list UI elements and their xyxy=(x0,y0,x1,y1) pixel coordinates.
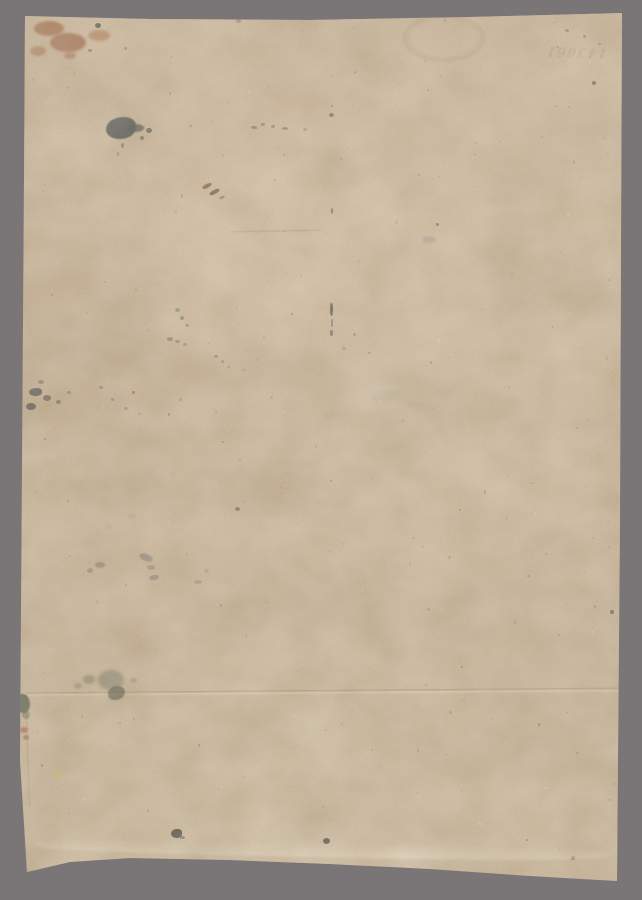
paper-fiber-speck xyxy=(503,84,504,85)
rust-stain-e xyxy=(64,52,76,59)
paper-fiber-speck xyxy=(484,490,486,494)
yellow-speck xyxy=(56,771,61,776)
paper-fiber-speck xyxy=(127,169,128,170)
rust-stain-d xyxy=(88,30,110,41)
paper-fiber-speck xyxy=(585,485,587,487)
paper-fiber-speck xyxy=(153,771,155,773)
paper-fiber-speck xyxy=(79,293,81,295)
paper-fiber-speck xyxy=(445,441,446,443)
paper-fiber-speck xyxy=(170,56,171,57)
paper-light-fleck xyxy=(362,590,364,592)
smudge-low-i xyxy=(106,525,112,529)
rust-stain-b xyxy=(50,33,86,52)
paper-fiber-speck xyxy=(514,621,516,624)
paper-fiber-speck xyxy=(444,19,446,22)
paper-light-fleck xyxy=(204,40,207,43)
dark-speck-b xyxy=(436,223,439,226)
smudge-low-e xyxy=(149,574,160,581)
paper-light-fleck xyxy=(59,65,60,66)
paper-fiber-speck xyxy=(607,521,609,523)
paper-fiber-speck xyxy=(181,194,183,197)
paper-fiber-speck xyxy=(97,165,99,166)
smudge-low-c xyxy=(138,552,154,563)
paper-light-fleck xyxy=(437,339,439,341)
paper-fiber-speck xyxy=(427,608,429,610)
red-fleck xyxy=(132,391,135,394)
paper-fiber-speck xyxy=(104,281,105,283)
edge-moss-stain xyxy=(17,694,30,713)
paper-fiber-speck xyxy=(458,98,459,99)
paper-light-fleck xyxy=(307,146,308,147)
paper-fiber-speck xyxy=(293,529,294,530)
paper-fiber-speck xyxy=(227,101,229,103)
paper-fiber-speck xyxy=(499,141,501,143)
paper-fiber-speck xyxy=(256,128,258,131)
paper-fiber-speck xyxy=(584,571,586,573)
paper-fiber-speck xyxy=(256,358,258,361)
paper-fiber-speck xyxy=(541,136,543,138)
paper-fiber-speck xyxy=(582,551,583,552)
accession-inscription: 143661 xyxy=(538,39,614,63)
paper-fiber-speck xyxy=(168,826,169,827)
blue-dots-row-c xyxy=(271,125,275,128)
paper-fiber-speck xyxy=(463,138,465,139)
paper-fiber-speck xyxy=(291,313,292,315)
paper-fiber-speck xyxy=(81,715,83,717)
paper-fiber-speck xyxy=(273,826,275,827)
fold-stain-c xyxy=(83,675,95,684)
paper-fiber-speck xyxy=(42,852,43,854)
ink-blot-sat-a xyxy=(146,128,152,133)
paper-light-fleck xyxy=(54,457,56,459)
paper-fiber-speck xyxy=(530,482,532,484)
center-speck xyxy=(353,333,356,336)
paper-light-fleck xyxy=(295,528,297,530)
brown-slash-c xyxy=(219,195,226,200)
smudge-low-f xyxy=(194,580,202,584)
smudge-low-g xyxy=(204,569,209,573)
paper-fiber-speck xyxy=(207,262,209,263)
dark-speck-topleft-b xyxy=(88,49,92,52)
paper-fiber-speck xyxy=(454,352,455,353)
blue-fleck-d xyxy=(138,413,141,415)
paper-light-fleck xyxy=(397,45,399,47)
paper-light-fleck xyxy=(397,450,399,452)
paper-fiber-speck xyxy=(395,221,397,223)
paper-light-fleck xyxy=(56,260,59,263)
paper-fiber-speck xyxy=(330,480,332,483)
paper-fiber-speck xyxy=(96,600,98,604)
paper-light-fleck xyxy=(83,798,85,800)
paper-fiber-speck xyxy=(438,176,440,178)
center-speck-b xyxy=(342,347,346,350)
paper-fiber-speck xyxy=(197,606,198,607)
paper-fiber-speck xyxy=(243,776,244,778)
ghost-smudge-a xyxy=(369,387,401,406)
paper-light-fleck xyxy=(144,545,145,546)
paper-fiber-speck xyxy=(136,635,137,636)
paper-light-fleck xyxy=(36,669,38,671)
paper-fiber-speck xyxy=(149,367,150,369)
paper-fiber-speck xyxy=(147,329,149,331)
paper-fiber-speck xyxy=(398,84,400,85)
paper-fiber-speck xyxy=(263,336,265,337)
paper-fiber-speck xyxy=(186,553,188,554)
teal-dot-small-c xyxy=(227,366,230,368)
blue-dots-row-e xyxy=(303,128,307,131)
paper-fiber-speck xyxy=(412,537,415,539)
paper-fiber-speck xyxy=(280,486,282,488)
paper-fiber-speck xyxy=(44,346,46,347)
paper-fiber-speck xyxy=(461,667,462,668)
ink-blot-drip xyxy=(121,143,124,148)
edge-ink-e xyxy=(67,391,71,394)
paper-light-fleck xyxy=(524,351,526,353)
paper-fiber-speck xyxy=(448,556,450,559)
ink-blot-drip-b xyxy=(117,152,119,156)
paper-fiber-speck xyxy=(533,295,534,297)
paper-fiber-speck xyxy=(424,61,426,62)
paper-fiber-speck xyxy=(85,195,86,196)
paper-fiber-speck xyxy=(53,427,55,429)
paper-light-fleck xyxy=(131,596,133,598)
paper-light-fleck xyxy=(151,653,153,655)
paper-fiber-speck xyxy=(86,312,88,314)
paper-light-fleck xyxy=(283,179,285,181)
edge-ink-c xyxy=(26,403,36,410)
teal-dot-diag-a xyxy=(175,308,180,312)
center-dash-c xyxy=(330,330,333,336)
paper-fiber-speck xyxy=(220,604,222,607)
paper-fiber-speck xyxy=(417,749,419,751)
edge-moss-stain-b xyxy=(22,711,30,719)
paper-fiber-speck xyxy=(222,154,224,157)
red-speck-tr-b xyxy=(583,35,586,38)
paper-light-fleck xyxy=(306,374,309,377)
paper-fiber-speck xyxy=(141,435,142,436)
paper-fiber-speck xyxy=(124,47,126,50)
paper-fiber-speck xyxy=(152,487,153,488)
red-speck-tr-a xyxy=(565,29,569,32)
paper-fiber-speck xyxy=(593,537,594,539)
blue-fleck-a xyxy=(99,386,103,389)
paper-light-fleck xyxy=(247,250,249,252)
paper-fiber-speck xyxy=(606,357,608,359)
paper-fiber-speck xyxy=(220,505,221,506)
paper-fiber-speck xyxy=(81,481,83,482)
paper-light-fleck xyxy=(567,213,570,216)
paper-fiber-speck xyxy=(283,231,285,233)
paper-light-fleck xyxy=(412,399,414,401)
paper-light-fleck xyxy=(479,692,480,693)
paper-fiber-speck xyxy=(322,806,323,808)
paper-light-fleck xyxy=(596,302,597,303)
paper-fiber-speck xyxy=(266,602,268,603)
paper-light-fleck xyxy=(94,516,95,517)
paper-fiber-speck xyxy=(201,549,202,550)
paper-fiber-speck xyxy=(558,849,560,851)
ghost-smudge-b xyxy=(401,396,429,411)
paper-fiber-speck xyxy=(173,513,175,514)
paper-light-fleck xyxy=(611,224,613,226)
teal-dot-row-b xyxy=(175,340,180,343)
paper-fiber-speck xyxy=(368,352,370,354)
paper-fiber-speck xyxy=(267,217,269,219)
paper-fiber-speck xyxy=(558,657,559,658)
paper-fiber-speck xyxy=(431,495,432,496)
paper-light-fleck xyxy=(243,25,244,26)
paper-light-fleck xyxy=(578,344,579,345)
paper-light-fleck xyxy=(284,494,287,497)
paper-fiber-speck xyxy=(51,294,53,296)
paper-light-fleck xyxy=(592,630,595,633)
paper-light-fleck xyxy=(478,822,481,825)
paper-light-fleck xyxy=(102,406,104,408)
rust-stain-c xyxy=(30,46,46,56)
brown-slash-b xyxy=(209,188,221,197)
scratch-line xyxy=(228,229,324,233)
paper-fiber-speck xyxy=(220,481,222,483)
paper-fiber-speck xyxy=(399,110,400,111)
paper-fiber-speck xyxy=(573,160,575,164)
edge-ink-d xyxy=(56,400,61,404)
blue-dots-row-b xyxy=(261,123,265,126)
paper-light-fleck xyxy=(422,88,423,89)
paper-fiber-speck xyxy=(358,260,361,262)
paper-fiber-speck xyxy=(568,106,570,108)
paper-fiber-speck xyxy=(594,605,596,608)
paper-fiber-speck xyxy=(236,345,238,348)
paper-fiber-speck xyxy=(168,413,170,416)
paper-fiber-speck xyxy=(304,627,305,628)
paper-light-fleck xyxy=(122,593,124,595)
paper-fiber-speck xyxy=(222,441,224,442)
paper-fiber-speck xyxy=(440,75,442,78)
paper-fiber-speck xyxy=(346,589,347,590)
blue-dots-row-d xyxy=(282,127,288,130)
paper-fiber-speck xyxy=(566,196,567,197)
paper-fiber-speck xyxy=(190,125,192,127)
paper-fiber-speck xyxy=(231,431,232,432)
paper-light-fleck xyxy=(303,664,305,666)
paper-fiber-speck xyxy=(239,785,240,786)
paper-light-fleck xyxy=(534,512,537,515)
paper-fiber-speck xyxy=(42,672,44,673)
black-blot-tail xyxy=(180,836,185,839)
paper-fiber-speck xyxy=(217,788,219,789)
paper-light-fleck xyxy=(302,585,304,587)
paper-fiber-speck xyxy=(566,603,567,605)
paper-light-fleck xyxy=(415,270,418,273)
paper-fiber-speck xyxy=(430,361,432,363)
paper-light-fleck xyxy=(282,411,284,413)
paper-fiber-speck xyxy=(587,419,589,421)
paper-fiber-speck xyxy=(169,92,171,95)
edge-ink-a xyxy=(29,388,42,396)
paper-fiber-speck xyxy=(283,154,284,156)
paper-fiber-speck xyxy=(35,491,37,493)
ink-blot-arm xyxy=(128,124,144,132)
paper-fiber-speck xyxy=(508,475,509,476)
paper-light-fleck xyxy=(475,354,477,356)
edge-ink-f xyxy=(38,380,44,384)
paper-fiber-speck xyxy=(606,153,608,155)
paper-fiber-speck xyxy=(73,73,75,74)
paper-fiber-speck xyxy=(287,472,289,474)
paper-fiber-speck xyxy=(51,264,53,265)
teal-dot-small-d xyxy=(242,369,245,371)
paper-fiber-speck xyxy=(268,86,269,88)
paper-fiber-speck xyxy=(36,732,38,734)
teal-dot-row-c xyxy=(183,343,187,346)
paper-fiber-speck xyxy=(116,565,117,566)
paper-fiber-speck xyxy=(418,174,420,176)
paper-fiber-speck xyxy=(353,27,355,29)
paper-fiber-speck xyxy=(179,398,181,400)
paper-fiber-speck xyxy=(347,148,348,149)
paper-fiber-speck xyxy=(342,543,344,545)
ghost-smudge-d xyxy=(320,411,336,419)
paper-light-fleck xyxy=(340,569,343,572)
paper-fiber-speck xyxy=(608,546,610,549)
paper-fiber-speck xyxy=(341,723,343,724)
paper-fiber-speck xyxy=(315,445,318,448)
paper-fiber-speck xyxy=(49,423,51,425)
paper-fiber-speck xyxy=(340,158,342,160)
paper-light-fleck xyxy=(332,565,333,566)
stains-and-marks-layer xyxy=(0,0,642,900)
teal-dot-small-a xyxy=(214,355,218,358)
paper-fiber-speck xyxy=(270,396,273,399)
blue-smudge-faint xyxy=(422,236,436,243)
paper-fiber-speck xyxy=(581,31,583,32)
paper-fiber-speck xyxy=(354,71,356,74)
paper-fiber-speck xyxy=(449,711,451,714)
brown-speck-top-center xyxy=(236,19,241,23)
paper-light-fleck xyxy=(150,322,152,324)
paper-light-fleck xyxy=(302,757,304,759)
paper-fiber-speck xyxy=(302,30,303,31)
paper-light-fleck xyxy=(372,667,375,670)
paper-fiber-speck xyxy=(208,343,210,345)
paper-fiber-speck xyxy=(506,517,507,518)
paper-fiber-speck xyxy=(32,78,34,81)
paper-fiber-speck xyxy=(522,114,523,115)
paper-fiber-speck xyxy=(245,634,247,637)
paper-fiber-speck xyxy=(603,138,604,139)
paper-light-fleck xyxy=(495,22,496,23)
paper-fiber-speck xyxy=(174,211,176,213)
paper-fiber-speck xyxy=(125,584,127,586)
fold-stain-d xyxy=(74,683,82,689)
paper-fiber-speck xyxy=(151,616,153,618)
center-dash-a xyxy=(330,303,333,316)
paper-fiber-speck xyxy=(400,62,402,65)
paper-fiber-speck xyxy=(552,326,554,328)
dark-speck-a xyxy=(329,113,334,117)
paper-fiber-speck xyxy=(331,76,333,77)
paper-fiber-speck xyxy=(558,634,560,636)
paper-light-fleck xyxy=(611,285,613,287)
paper-fiber-speck xyxy=(120,654,121,655)
paper-light-fleck xyxy=(296,39,298,41)
paper-light-fleck xyxy=(320,656,321,657)
paper-fiber-speck xyxy=(559,437,561,438)
paper-fiber-speck xyxy=(325,729,327,731)
paper-fiber-speck xyxy=(467,619,469,621)
paper-light-fleck xyxy=(522,614,524,616)
paper-fiber-speck xyxy=(555,106,557,107)
smudge-low-d xyxy=(147,565,155,570)
edge-ink-b xyxy=(43,395,51,401)
paper-light-fleck xyxy=(248,91,250,93)
paper-fiber-speck xyxy=(475,142,478,144)
blue-speck-topright xyxy=(592,81,596,85)
paper-sheet-verso: 143661 xyxy=(0,0,642,900)
paper-fiber-speck xyxy=(221,653,223,655)
paper-fiber-speck xyxy=(316,294,317,295)
paper-fiber-speck xyxy=(545,553,547,555)
paper-light-fleck xyxy=(108,738,110,740)
paper-fiber-speck xyxy=(135,108,136,109)
paper-fiber-speck xyxy=(255,40,257,42)
paper-fiber-speck xyxy=(459,509,461,511)
paper-fiber-speck xyxy=(76,464,77,465)
dark-dash-small xyxy=(331,208,333,214)
paper-fiber-speck xyxy=(41,764,43,767)
paper-fiber-speck xyxy=(44,184,46,185)
paper-light-fleck xyxy=(443,647,445,649)
paper-fiber-speck xyxy=(580,177,582,180)
edge-red-mark-b xyxy=(23,735,29,740)
paper-fiber-speck xyxy=(274,180,275,181)
paper-light-fleck xyxy=(569,312,572,315)
paper-fiber-speck xyxy=(481,309,483,311)
paper-fiber-speck xyxy=(110,671,111,672)
paper-fiber-speck xyxy=(520,369,522,371)
paper-light-fleck xyxy=(603,364,605,366)
paper-fiber-speck xyxy=(67,500,69,502)
paper-fiber-speck xyxy=(409,562,411,565)
paper-fiber-speck xyxy=(541,463,542,464)
paper-fiber-speck xyxy=(67,86,69,89)
paper-light-fleck xyxy=(528,742,530,744)
paper-light-fleck xyxy=(203,300,205,302)
paper-fiber-speck xyxy=(474,154,476,156)
paper-fiber-speck xyxy=(224,514,225,515)
paper-fiber-speck xyxy=(530,794,531,795)
dark-speck-right xyxy=(610,610,614,614)
paper-fiber-speck xyxy=(172,473,174,475)
paper-fiber-speck xyxy=(425,684,427,686)
paper-fiber-speck xyxy=(91,403,93,404)
paper-fiber-speck xyxy=(239,459,241,461)
paper-light-fleck xyxy=(444,539,445,540)
paper-fiber-speck xyxy=(135,289,137,291)
paper-light-fleck xyxy=(378,400,380,402)
paper-fiber-speck xyxy=(563,26,564,27)
paper-fiber-speck xyxy=(330,63,331,64)
paper-light-fleck xyxy=(436,631,439,634)
paper-light-fleck xyxy=(167,521,170,524)
paper-fiber-speck xyxy=(372,479,373,480)
paper-fiber-speck xyxy=(566,712,568,714)
paper-fiber-speck xyxy=(596,73,597,74)
teal-dot-small-b xyxy=(221,360,224,363)
paper-light-fleck xyxy=(196,552,197,553)
paper-fiber-speck xyxy=(143,126,145,129)
paper-fiber-speck xyxy=(422,546,424,548)
